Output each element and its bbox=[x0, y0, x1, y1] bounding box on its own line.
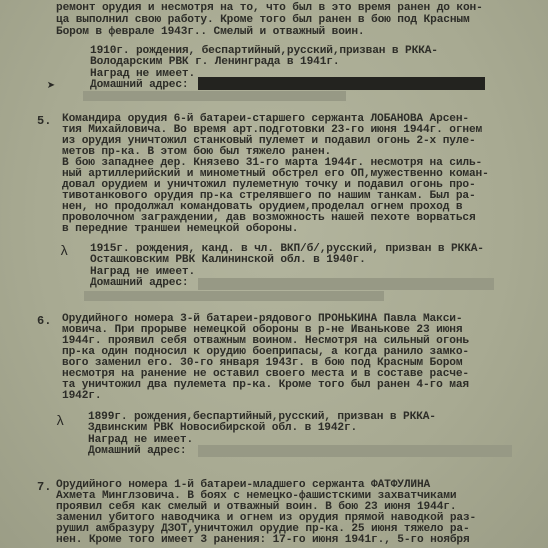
entry-number: 7. bbox=[37, 480, 51, 494]
pen-mark-icon: λ bbox=[56, 414, 64, 430]
entry-number: 5. bbox=[37, 114, 51, 128]
text-line: 1942г. bbox=[62, 391, 101, 402]
entry-number: 6. bbox=[37, 314, 51, 328]
bio-line: Володарским РВК г. Ленинграда в 1941г. bbox=[90, 57, 339, 68]
address-label: Домашний адрес: bbox=[90, 80, 188, 91]
redaction-bar bbox=[198, 445, 512, 457]
text-line: та уничтожил два пулемета пр-ка. Кроме т… bbox=[62, 380, 469, 391]
redaction-bar bbox=[198, 77, 485, 90]
redaction-bar bbox=[83, 91, 346, 101]
text-line: нен. Кроме того имеет 3 ранения: 17-го и… bbox=[56, 535, 470, 546]
pen-mark-icon: λ bbox=[60, 244, 68, 260]
redaction-bar bbox=[84, 291, 384, 301]
text-line: ца выполнил свою работу. Кроме того был … bbox=[56, 15, 470, 26]
bio-line: Осташковским РВК Калининской обл. в 1940… bbox=[90, 255, 366, 266]
text-line: Бором в феврале 1943г.. Смелый и отважны… bbox=[56, 27, 365, 38]
redaction-bar bbox=[198, 278, 494, 290]
text-line: ремонт орудия и несмотря на то, что был … bbox=[56, 3, 483, 14]
pen-mark-icon: ➤ bbox=[47, 78, 55, 95]
document-page: ремонт орудия и несмотря на то, что был … bbox=[0, 0, 548, 548]
address-label: Домашний адрес: bbox=[88, 446, 186, 457]
text-line: в передние траншеи немецкой обороны. bbox=[62, 224, 298, 235]
address-label: Домашний адрес: bbox=[90, 278, 188, 289]
bio-line: Здвинским РВК Новосибирской обл. в 1942г… bbox=[88, 423, 357, 434]
